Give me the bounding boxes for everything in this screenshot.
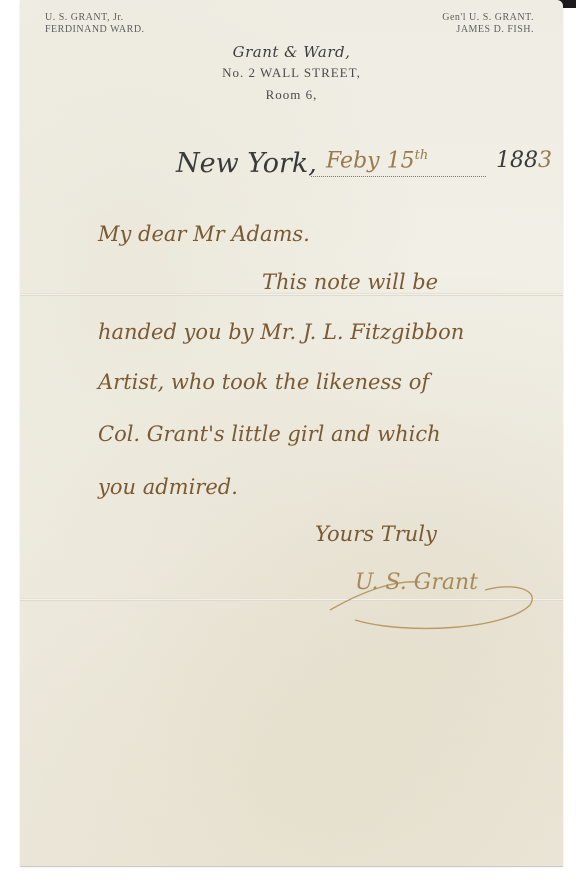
partner-name: JAMES D. FISH.	[442, 24, 534, 36]
letter-paper: U. S. GRANT, Jr. FERDINAND WARD. Gen'l U…	[20, 0, 563, 866]
dateline-handwritten-date: Feby 15th	[326, 148, 428, 173]
salutation: My dear Mr Adams.	[98, 222, 310, 246]
dateline-year: 1883	[496, 148, 552, 173]
body-line: Col. Grant's little girl and which	[98, 422, 441, 446]
closing: Yours Truly	[315, 522, 437, 546]
letterhead-firm: Grant & Ward, No. 2 WALL STREET, Room 6,	[20, 42, 563, 106]
body-line: Artist, who took the likeness of	[98, 370, 429, 394]
partner-name: Gen'l U. S. GRANT.	[442, 12, 534, 24]
firm-room: Room 6,	[20, 84, 563, 106]
partner-name: U. S. GRANT, Jr.	[45, 12, 145, 24]
firm-name: Grant & Ward,	[20, 42, 563, 62]
letterhead-right-partners: Gen'l U. S. GRANT. JAMES D. FISH.	[442, 12, 534, 36]
dateline-city: New York,	[176, 148, 317, 179]
letterhead-left-partners: U. S. GRANT, Jr. FERDINAND WARD.	[45, 12, 145, 36]
firm-address: No. 2 WALL STREET,	[20, 62, 563, 84]
body-line: handed you by Mr. J. L. Fitzgibbon	[98, 320, 464, 344]
body-line: This note will be	[262, 270, 438, 294]
dateline-dotted-rule	[311, 176, 486, 177]
scanned-letter: U. S. GRANT, Jr. FERDINAND WARD. Gen'l U…	[0, 0, 576, 880]
signature: U. S. Grant	[335, 560, 550, 620]
partner-name: FERDINAND WARD.	[45, 24, 145, 36]
dateline: New York, Feby 15th 1883	[176, 140, 556, 190]
body-line: you admired.	[98, 475, 238, 499]
